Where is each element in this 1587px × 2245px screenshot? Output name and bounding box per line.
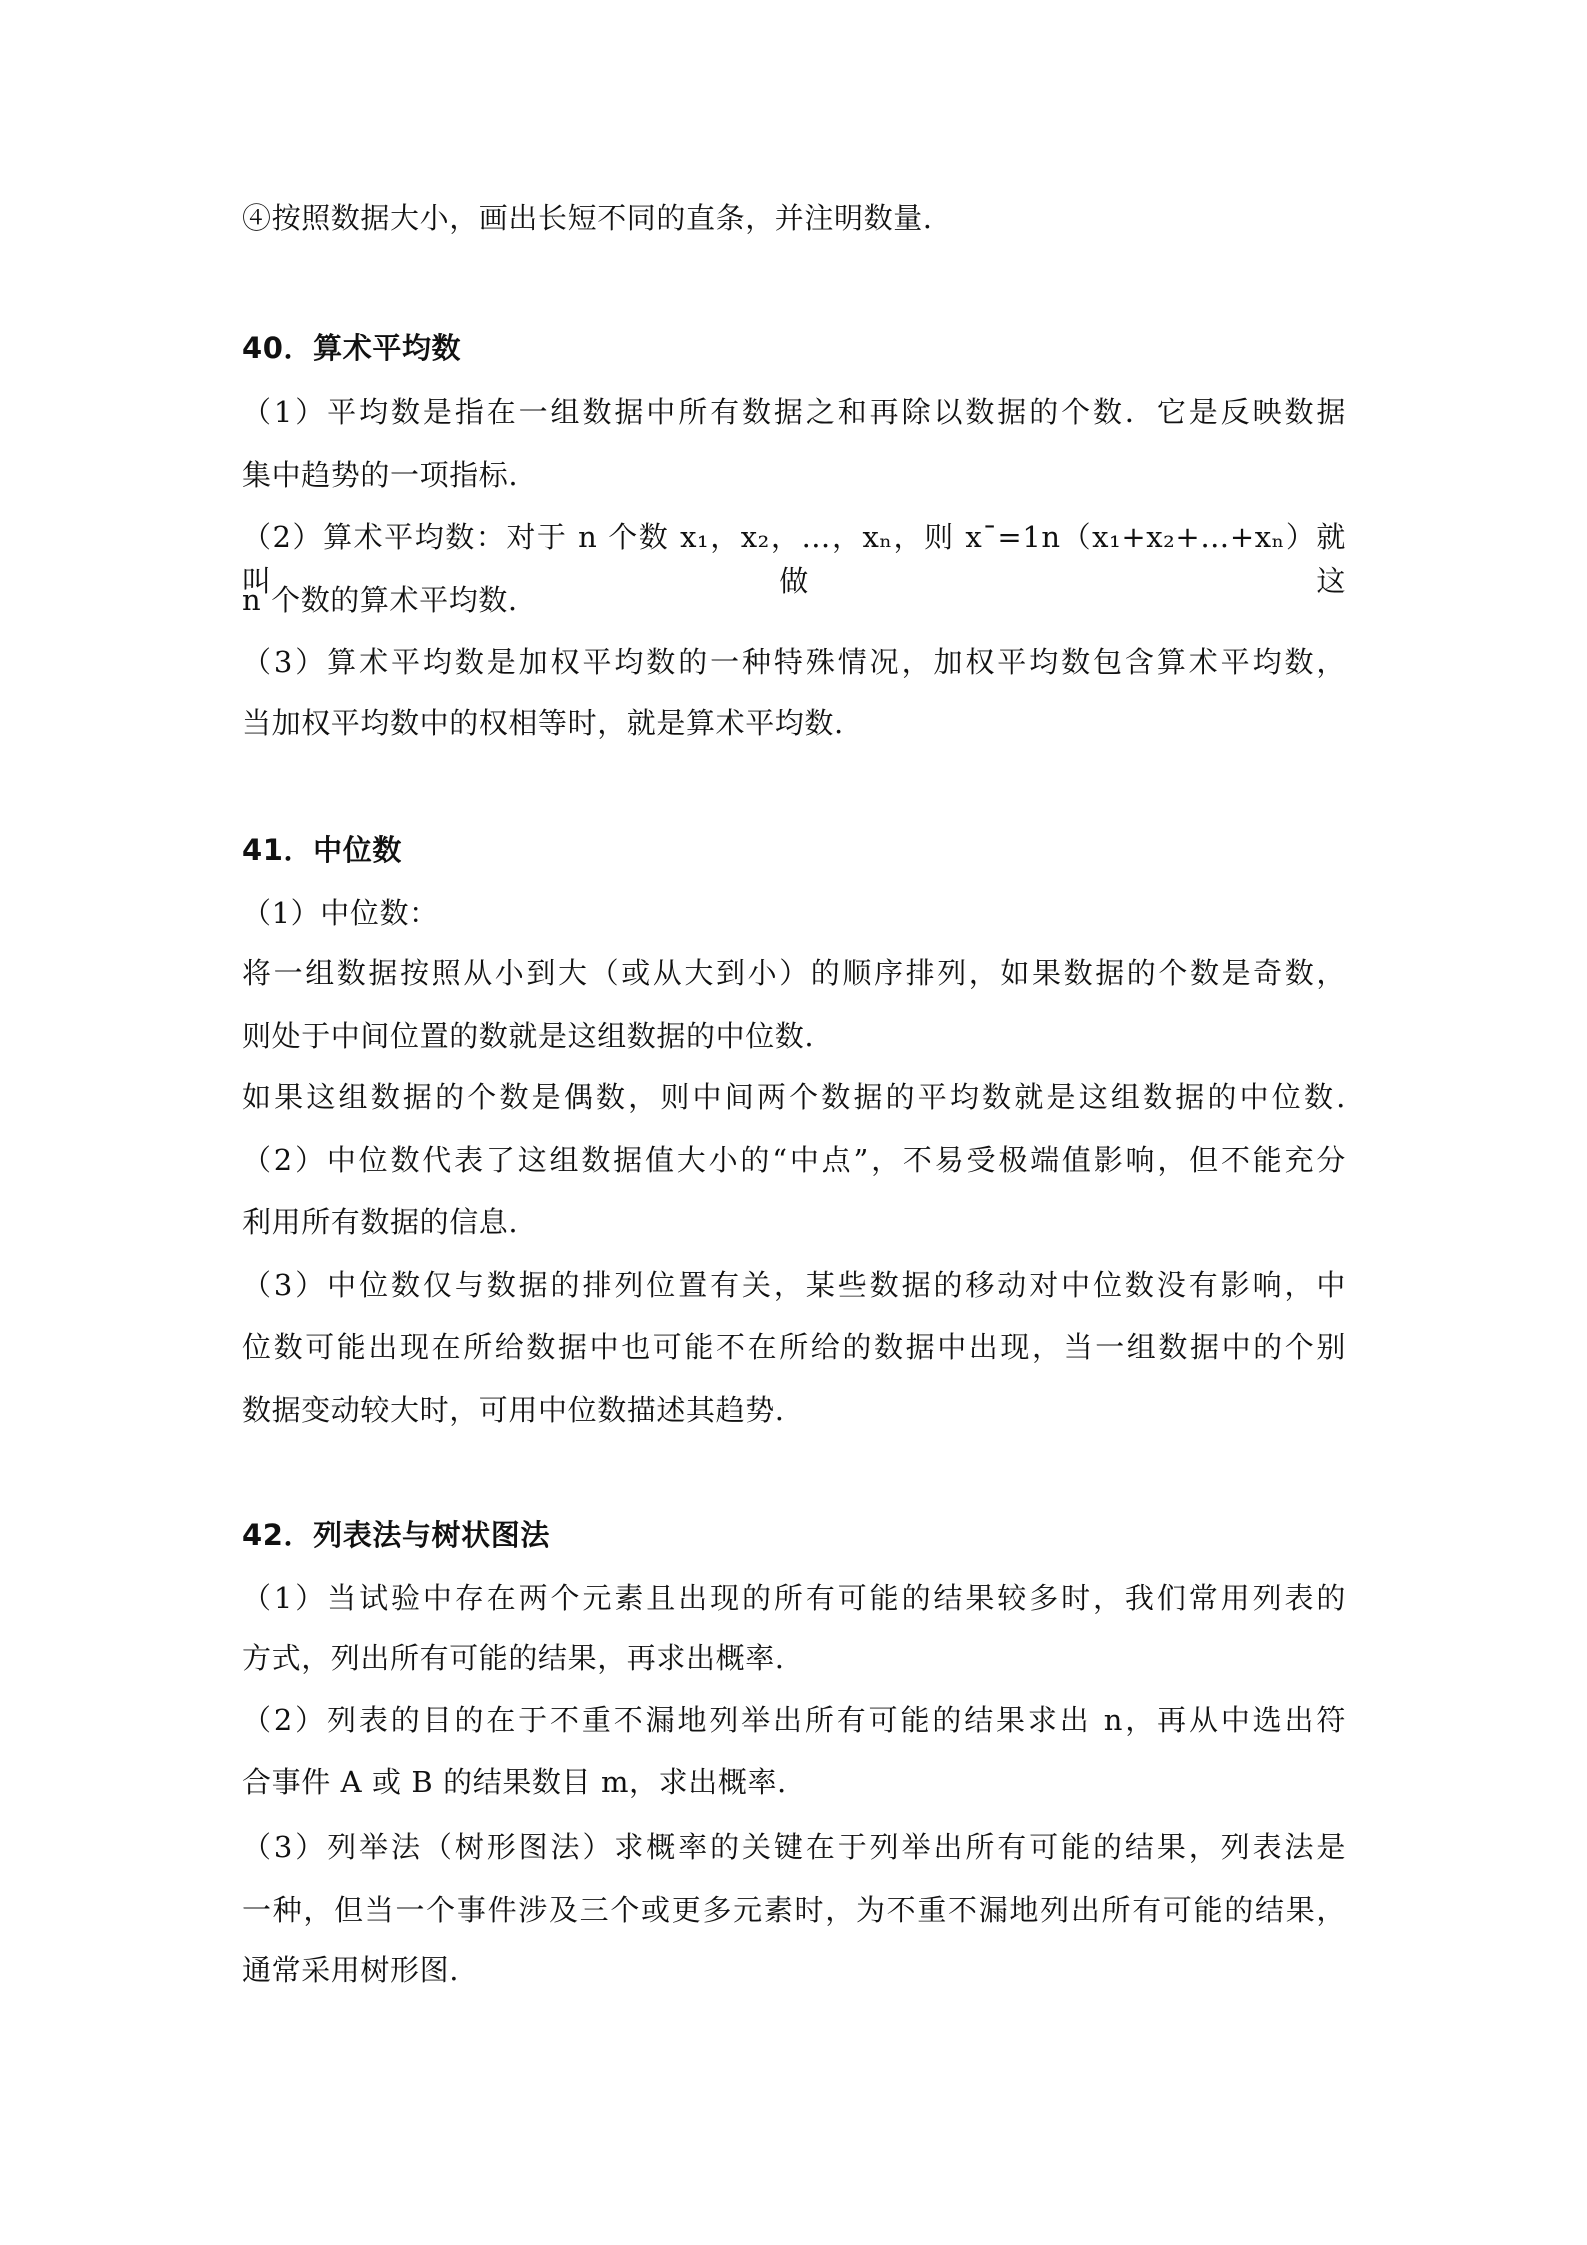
paragraph-line: （3）算术平均数是加权平均数的一种特殊情况，加权平均数包含算术平均数， <box>242 640 1346 684</box>
paragraph-line: （1）当试验中存在两个元素且出现的所有可能的结果较多时，我们常用列表的 <box>242 1576 1346 1620</box>
formula-line: （2）算术平均数：对于 n 个数 x₁，x₂，…，xₙ，则 xˉ=1n（x₁+x… <box>242 515 1346 559</box>
paragraph-line: 一种，但当一个事件涉及三个或更多元素时，为不重不漏地列出所有可能的结果， <box>242 1888 1346 1932</box>
paragraph-line: 如果这组数据的个数是偶数，则中间两个数据的平均数就是这组数据的中位数. <box>242 1075 1346 1119</box>
section-heading-42: 42．列表法与树状图法 <box>242 1513 1346 1557</box>
paragraph-line: 当加权平均数中的权相等时，就是算术平均数. <box>242 701 1346 745</box>
document-page: ④按照数据大小，画出长短不同的直条，并注明数量. 40．算术平均数 （1）平均数… <box>0 0 1587 2245</box>
paragraph-line: 数据变动较大时，可用中位数描述其趋势. <box>242 1388 1346 1432</box>
paragraph-line: 将一组数据按照从小到大（或从大到小）的顺序排列，如果数据的个数是奇数， <box>242 951 1346 995</box>
paragraph-line: 位数可能出现在所给数据中也可能不在所给的数据中出现，当一组数据中的个别 <box>242 1325 1346 1369</box>
paragraph-line: （3）列举法（树形图法）求概率的关键在于列举出所有可能的结果，列表法是 <box>242 1825 1346 1869</box>
paragraph-line: （2）列表的目的在于不重不漏地列举出所有可能的结果求出 n，再从中选出符 <box>242 1698 1346 1742</box>
paragraph-line: 利用所有数据的信息. <box>242 1200 1346 1244</box>
paragraph-line: （1）平均数是指在一组数据中所有数据之和再除以数据的个数．它是反映数据 <box>242 390 1346 434</box>
paragraph-line: 通常采用树形图. <box>242 1948 1346 1992</box>
paragraph-line: 则处于中间位置的数就是这组数据的中位数. <box>242 1014 1346 1058</box>
paragraph-line: （3）中位数仅与数据的排列位置有关，某些数据的移动对中位数没有影响，中 <box>242 1263 1346 1307</box>
bar-chart-step-4: ④按照数据大小，画出长短不同的直条，并注明数量. <box>242 196 1346 240</box>
section-heading-41: 41．中位数 <box>242 828 1346 872</box>
paragraph-line: 合事件 A 或 B 的结果数目 m，求出概率. <box>242 1760 1346 1804</box>
paragraph-line: n 个数的算术平均数. <box>242 578 1346 622</box>
paragraph-line: （1）中位数： <box>242 891 1346 935</box>
section-heading-40: 40．算术平均数 <box>242 326 1346 370</box>
paragraph-line: 方式，列出所有可能的结果，再求出概率. <box>242 1636 1346 1680</box>
paragraph-line: （2）中位数代表了这组数据值大小的“中点”，不易受极端值影响，但不能充分 <box>242 1138 1346 1182</box>
paragraph-line: 集中趋势的一项指标. <box>242 453 1346 497</box>
